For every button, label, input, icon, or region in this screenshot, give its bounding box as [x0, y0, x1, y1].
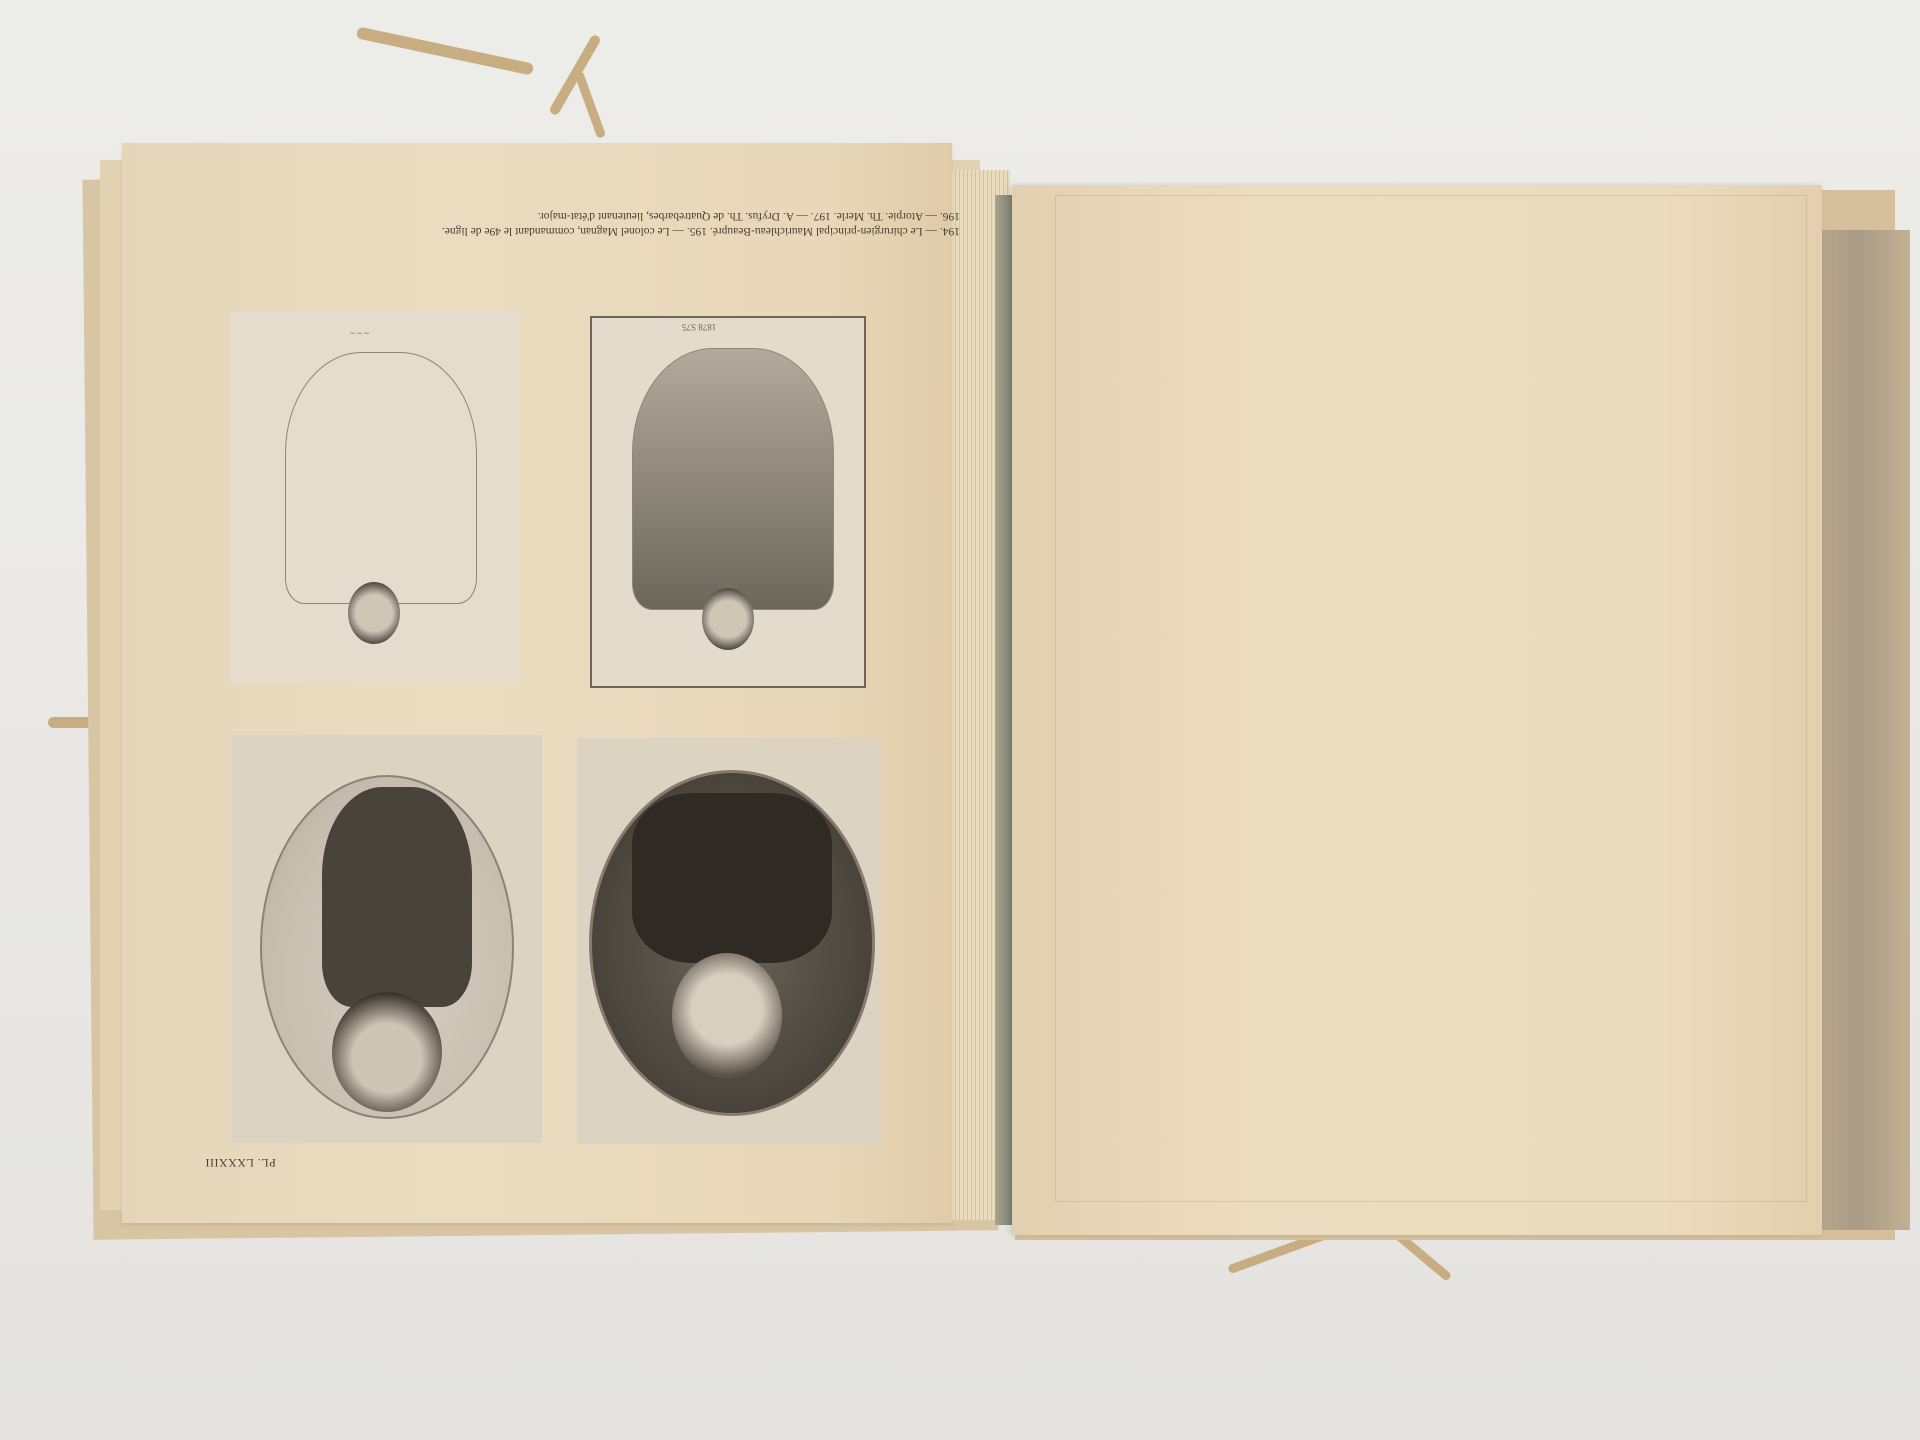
sketch-signature: ~ ~ ~ [350, 328, 369, 338]
portrait-panel-196-oval-photo [232, 735, 542, 1143]
portrait-panel-195-lithograph: 1878 S75 [590, 316, 866, 688]
sketch-figure [285, 352, 477, 604]
sitter-uniform [632, 793, 832, 963]
lithograph-head [702, 588, 754, 650]
plate-number-label: PL. LXXXIII [205, 1155, 276, 1170]
sitter-head [672, 953, 782, 1078]
top-ribbon-tail [574, 70, 606, 139]
plate-caption: 194. — Le chirurgien-principal Maurichle… [330, 208, 960, 238]
caption-line: 194. — Le chirurgien-principal Maurichle… [330, 223, 960, 238]
lithograph-annotation: 1878 S75 [682, 322, 716, 332]
sketch-head [348, 582, 400, 644]
sitter-body [322, 787, 472, 1007]
caption-line: 196. — Atorpie. Th. Merle. 197. — A. Dry… [330, 208, 960, 223]
sitter-head [332, 992, 442, 1112]
portrait-panel-197-oval-miniature [577, 738, 881, 1144]
portrait-panel-194-sketch: ~ ~ ~ [230, 312, 520, 684]
top-ribbon-tie [356, 26, 535, 75]
lithograph-figure [632, 348, 834, 610]
oval-frame [589, 770, 875, 1116]
oval-frame [260, 775, 514, 1119]
right-page-inner-border [1055, 195, 1807, 1202]
